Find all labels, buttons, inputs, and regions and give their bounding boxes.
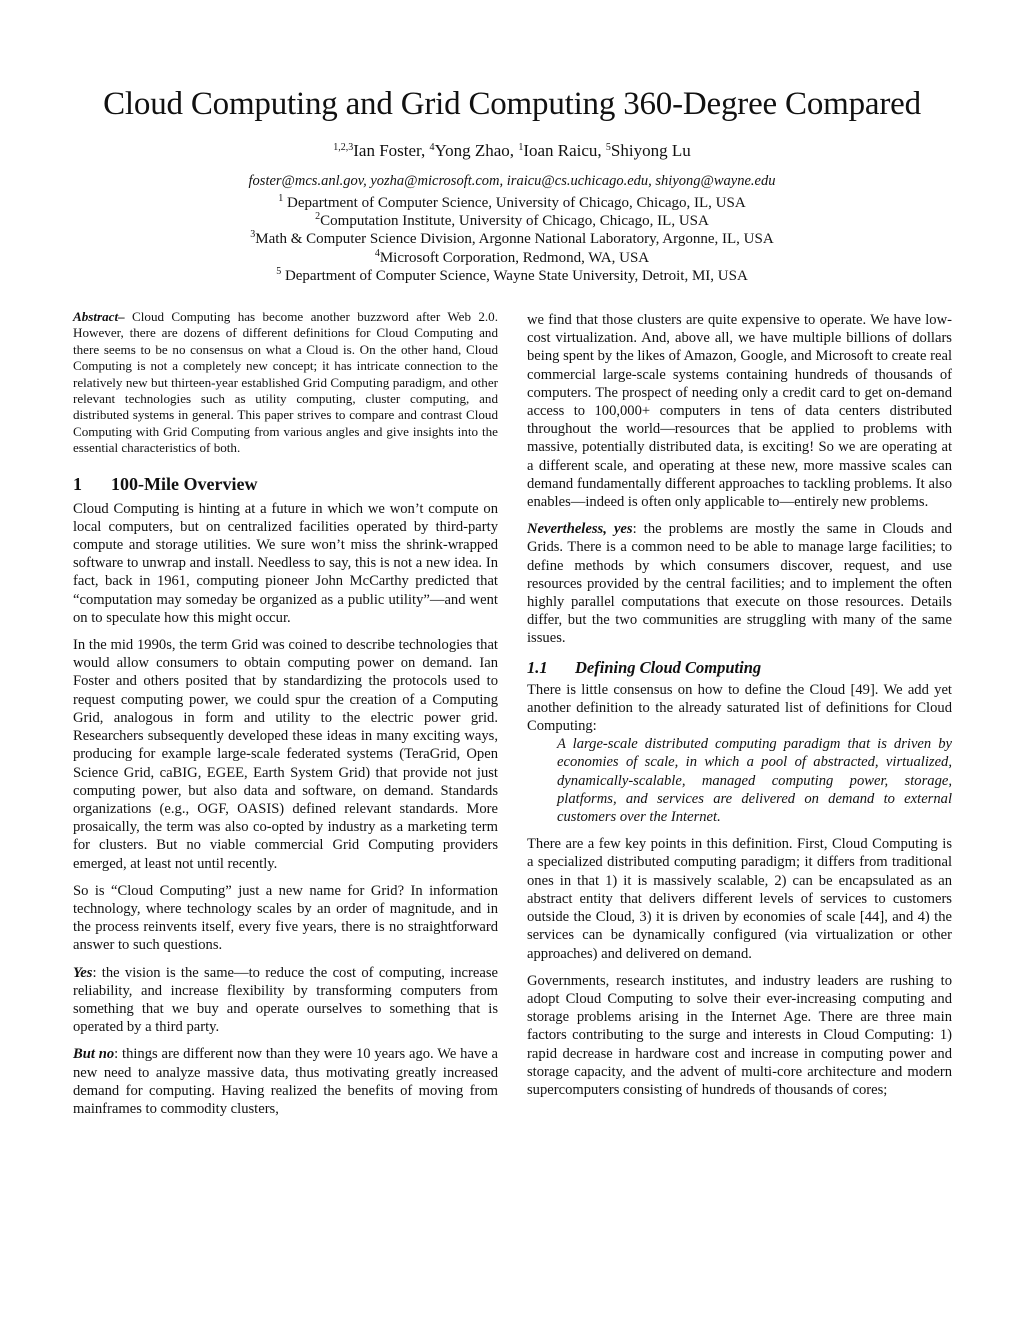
affiliation: 5 Department of Computer Science, Wayne … [0,267,1024,285]
author: 1,2,3Ian Foster, [333,141,429,160]
abstract-text: Cloud Computing has become another buzzw… [73,309,498,455]
paragraph-but-no: But no: things are different now than th… [73,1045,498,1118]
paragraph-yes: Yes: the vision is the same—to reduce th… [73,964,498,1037]
paragraph: There are a few key points in this defin… [527,835,952,962]
author-name: Ioan Raicu, [523,141,606,160]
left-column: Abstract– Cloud Computing has become ano… [73,309,498,1127]
affiliation-list: 1 Department of Computer Science, Univer… [0,194,1024,285]
author-name: Yong Zhao, [435,141,519,160]
affiliation-text: Department of Computer Science, Universi… [283,195,745,211]
paragraph-text: : things are different now than they wer… [73,1046,498,1117]
paragraph: So is “Cloud Computing” just a new name … [73,882,498,955]
author: 4Yong Zhao, [430,141,519,160]
paragraph-lead: Yes [73,965,92,981]
subsection-heading: 1.1Defining Cloud Computing [527,657,952,679]
paper-title: Cloud Computing and Grid Computing 360-D… [0,84,1024,124]
section-number: 1 [73,473,111,495]
definition-quote: A large-scale distributed computing para… [557,735,952,826]
paragraph-text: : the problems are mostly the same in Cl… [527,521,952,646]
author-name: Ian Foster, [353,141,429,160]
paragraph-continued: we find that those clusters are quite ex… [527,311,952,511]
affiliation: 4Microsoft Corporation, Redmond, WA, USA [0,249,1024,267]
affiliation: 1 Department of Computer Science, Univer… [0,194,1024,212]
abstract: Abstract– Cloud Computing has become ano… [73,309,498,457]
author-list: 1,2,3Ian Foster, 4Yong Zhao, 1Ioan Raicu… [0,140,1024,162]
paragraph: There is little consensus on how to defi… [527,681,952,736]
author-name: Shiyong Lu [611,141,691,160]
paragraph-lead: Nevertheless, yes [527,521,633,537]
paragraph-nevertheless: Nevertheless, yes: the problems are most… [527,520,952,647]
subsection-number: 1.1 [527,657,575,679]
affiliation: 3Math & Computer Science Division, Argon… [0,230,1024,248]
right-column: we find that those clusters are quite ex… [527,311,952,1108]
section-title: 100-Mile Overview [111,474,257,494]
section-heading: 1100-Mile Overview [73,473,498,495]
paragraph: In the mid 1990s, the term Grid was coin… [73,636,498,873]
affiliation-text: Computation Institute, University of Chi… [320,213,709,229]
paragraph-lead: But no [73,1046,114,1062]
paragraph-text: : the vision is the same—to reduce the c… [73,965,498,1036]
paragraph: Governments, research institutes, and in… [527,972,952,1099]
paragraph: Cloud Computing is hinting at a future i… [73,500,498,627]
affiliation-text: Math & Computer Science Division, Argonn… [255,231,773,247]
author-emails: foster@mcs.anl.gov, yozha@microsoft.com,… [0,172,1024,190]
abstract-label: Abstract– [73,309,125,324]
affiliation-marker: 1,2,3 [333,142,353,153]
affiliation-text: Microsoft Corporation, Redmond, WA, USA [380,250,649,266]
author: 1Ioan Raicu, [518,141,606,160]
affiliation-text: Department of Computer Science, Wayne St… [281,268,748,284]
subsection-title: Defining Cloud Computing [575,658,761,677]
author: 5Shiyong Lu [606,141,691,160]
affiliation: 2Computation Institute, University of Ch… [0,212,1024,230]
